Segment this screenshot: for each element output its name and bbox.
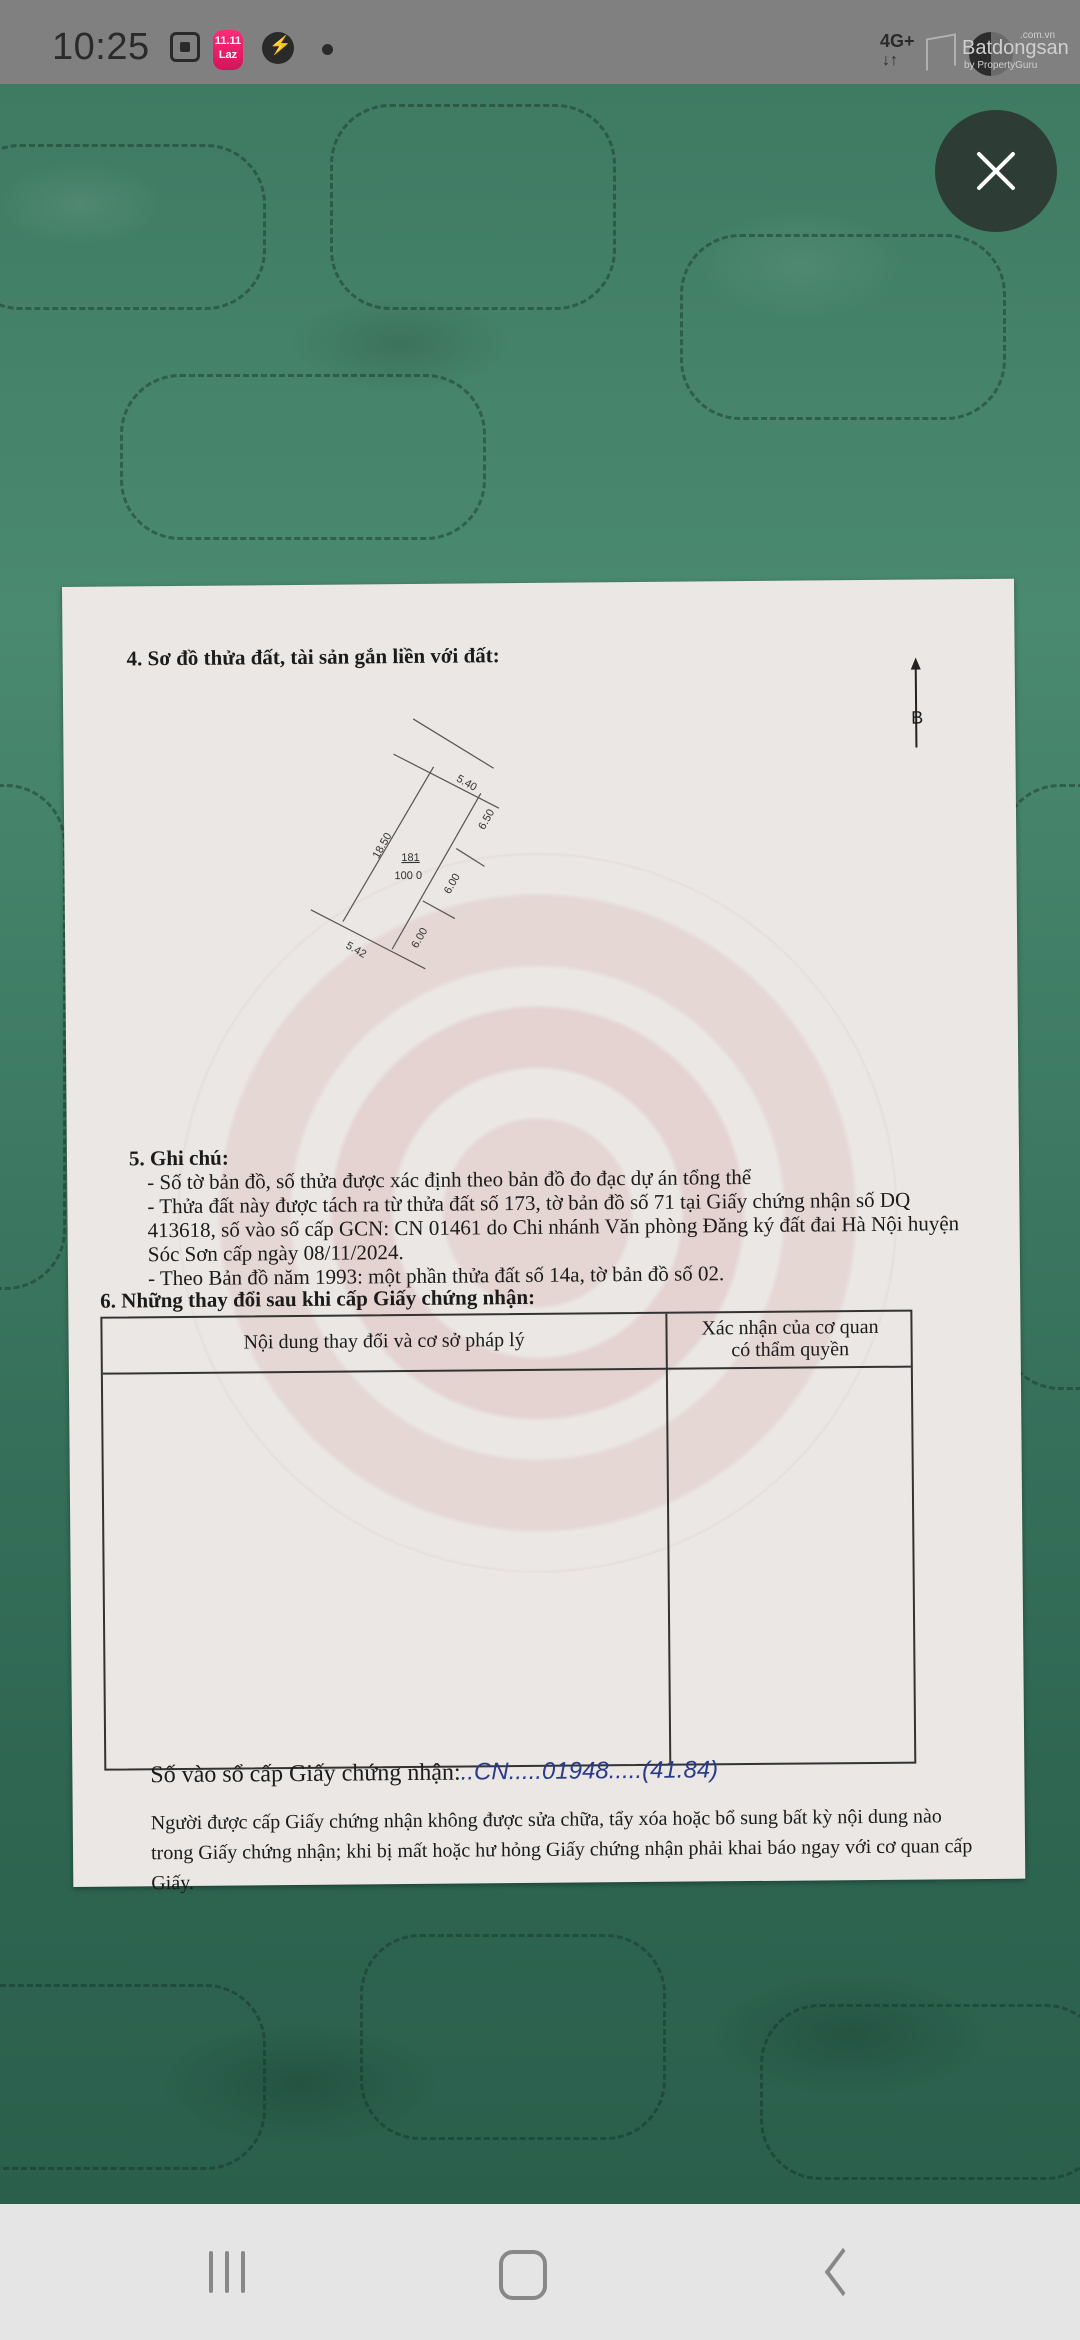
quilt-stitch [0, 1984, 266, 2170]
svg-text:6.00: 6.00 [442, 872, 463, 897]
messenger-icon [262, 32, 294, 64]
close-button[interactable] [935, 110, 1057, 232]
quilt-stitch [0, 144, 266, 310]
quilt-stitch [680, 234, 1006, 420]
quilt-stitch [330, 104, 616, 310]
table-header-confirmation: Xác nhận của cơ quan có thẩm quyền [667, 1316, 912, 1362]
notification-dot-icon [322, 44, 333, 55]
north-arrow-icon [901, 657, 932, 747]
section-6-title: 6. Những thay đổi sau khi cấp Giấy chứng… [100, 1285, 535, 1314]
quilt-stitch [360, 1934, 666, 2140]
warning-text: Người được cấp Giấy chứng nhận không đượ… [151, 1801, 982, 1898]
watermark: Batdongsan .com.vn by PropertyGuru [924, 28, 1074, 78]
status-bar: 10:25 11.11Laz 4G+ ↓↑ Batdongsan .com.vn… [0, 0, 1080, 84]
north-label: B [911, 707, 923, 728]
registration-number: Số vào sổ cấp Giấy chứng nhận:..CN.....0… [150, 1756, 718, 1789]
network-type: 4G+ [880, 32, 915, 50]
registration-value: ..CN.....01948.....(41.84) [461, 1756, 719, 1785]
lazada-icon: 11.11Laz [213, 30, 243, 70]
watermark-domain: .com.vn [1020, 30, 1055, 41]
plot-diagram: 5.40 18.50 6.50 6.00 6.00 5.42 181 100 0 [293, 698, 566, 990]
quilt-stitch [0, 784, 66, 1290]
quilt-stitch [120, 374, 486, 540]
data-activity-icon: ↓↑ [882, 52, 898, 70]
screenshot-icon [170, 32, 200, 62]
svg-text:6.50: 6.50 [476, 807, 497, 832]
svg-text:100 0: 100 0 [394, 870, 422, 882]
navigation-bar [0, 2204, 1080, 2340]
home-button[interactable] [497, 2248, 547, 2298]
svg-text:5.42: 5.42 [344, 940, 369, 961]
watermark-subtitle: by PropertyGuru [964, 60, 1037, 71]
land-certificate-page: 4. Sơ đồ thửa đất, tài sản gắn liền với … [62, 579, 1025, 1887]
section-5-title: 5. Ghi chú: [129, 1146, 229, 1172]
svg-text:18.50: 18.50 [371, 831, 395, 861]
changes-table: Nội dung thay đổi và cơ sở pháp lý Xác n… [100, 1310, 916, 1771]
clock: 10:25 [52, 26, 150, 69]
table-divider [665, 1314, 671, 1764]
close-icon [974, 149, 1018, 193]
back-button[interactable] [818, 2248, 858, 2298]
svg-text:181: 181 [401, 852, 419, 864]
registration-label: Số vào sổ cấp Giấy chứng nhận: [150, 1760, 460, 1789]
table-header-divider [103, 1366, 911, 1375]
section-4-title: 4. Sơ đồ thửa đất, tài sản gắn liền với … [127, 643, 500, 671]
note-line: Sóc Sơn cấp ngày 08/11/2024. [148, 1240, 404, 1267]
quilt-stitch [760, 2004, 1080, 2180]
svg-text:5.40: 5.40 [454, 773, 479, 794]
recents-button[interactable] [205, 2251, 249, 2295]
table-header-content: Nội dung thay đổi và cơ sở pháp lý [103, 1328, 666, 1356]
svg-text:6.00: 6.00 [409, 926, 430, 951]
house-logo-icon [926, 33, 956, 70]
